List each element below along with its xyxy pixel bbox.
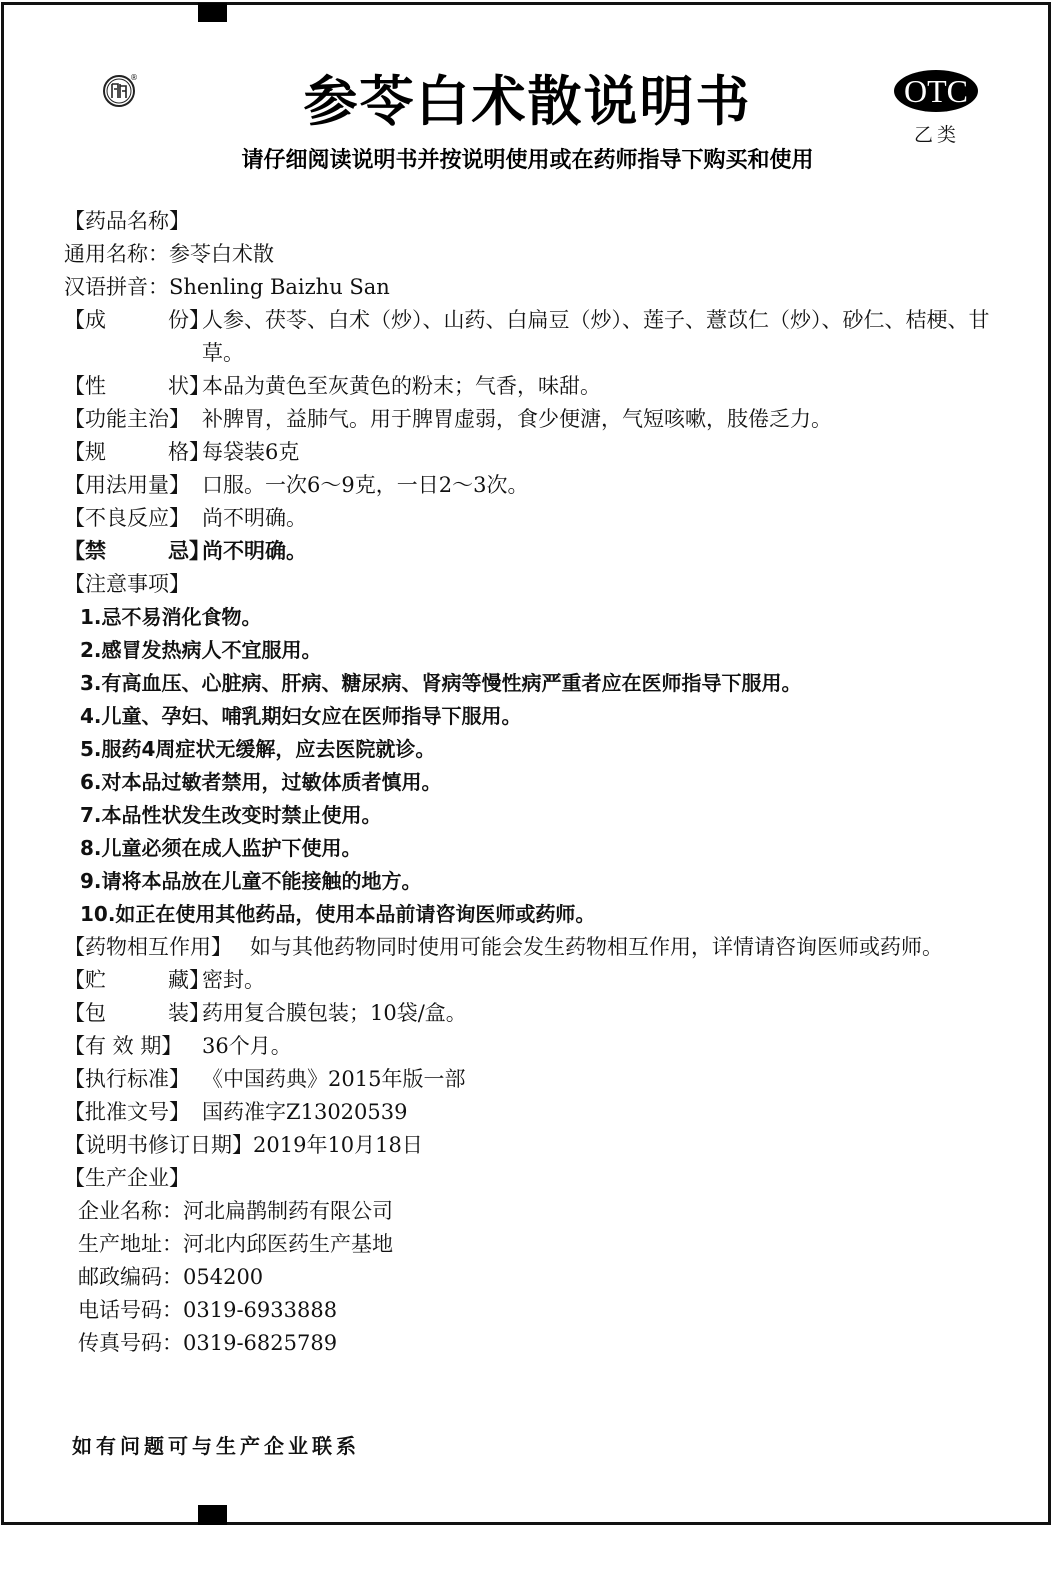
dosage-label: 【用法用量】 [64,469,202,502]
generic-name-label: 通用名称： [64,242,169,266]
storage-row: 【贮藏】 密封。 [64,964,1004,997]
generic-name-row: 通用名称：参苓白术散 [64,238,1004,271]
ingredients-label: 【成份】 [64,304,202,370]
precaution-item: 2.感冒发热病人不宜服用。 [64,634,1004,667]
package-label: 【包装】 [64,997,202,1030]
precaution-item: 9.请将本品放在儿童不能接触的地方。 [64,865,1004,898]
indications-label: 【功能主治】 [64,403,202,436]
manufacturer-row: 企业名称：河北扁鹊制药有限公司 [64,1195,1004,1228]
precaution-item: 7.本品性状发生改变时禁止使用。 [64,799,1004,832]
section-heading-manufacturer: 【生产企业】 [64,1162,1004,1195]
generic-name-value: 参苓白术散 [169,242,274,266]
approval-label: 【批准文号】 [64,1096,202,1129]
contraindications-row: 【禁忌】 尚不明确。 [64,535,1004,568]
precaution-item: 1.忌不易消化食物。 [64,601,1004,634]
svg-text:OTC: OTC [904,73,968,109]
specification-value: 每袋装6克 [202,436,1004,469]
approval-value: 国药准字Z13020539 [202,1096,1004,1129]
revision-date-row: 【说明书修订日期】 2019年10月18日 [64,1129,1004,1162]
otc-class-label: 乙类 [905,120,969,147]
pinyin-row: 汉语拼音：Shenling Baizhu San [64,271,1004,304]
standard-label: 【执行标准】 [64,1063,202,1096]
pinyin-label: 汉语拼音： [64,275,169,299]
manufacturer-row: 传真号码：0319-6825789 [64,1327,1004,1360]
indications-row: 【功能主治】 补脾胃，益肺气。用于脾胃虚弱，食少便溏，气短咳嗽，肢倦乏力。 [64,403,1004,436]
storage-label: 【贮藏】 [64,964,202,997]
manufacturer-row: 电话号码：0319-6933888 [64,1294,1004,1327]
interactions-row: 【药物相互作用】 如与其他药物同时使用可能会发生药物相互作用，详情请咨询医师或药… [64,931,1004,964]
dosage-row: 【用法用量】 口服。一次6～9克，一日2～3次。 [64,469,1004,502]
section-heading-precautions: 【注意事项】 [64,568,1004,601]
contraindications-label: 【禁忌】 [64,535,202,568]
revision-date-label: 【说明书修订日期】 [64,1129,253,1162]
validity-row: 【有 效 期】 36个月。 [64,1030,1004,1063]
precaution-item: 8.儿童必须在成人监护下使用。 [64,832,1004,865]
validity-label: 【有 效 期】 [64,1030,202,1063]
storage-value: 密封。 [202,964,1004,997]
adverse-reactions-row: 【不良反应】 尚不明确。 [64,502,1004,535]
contraindications-value: 尚不明确。 [202,535,1004,568]
appearance-label: 【性状】 [64,370,202,403]
adverse-reactions-label: 【不良反应】 [64,502,202,535]
ingredients-value: 人参、茯苓、白术（炒）、山药、白扁豆（炒）、莲子、薏苡仁（炒）、砂仁、桔梗、甘草… [202,304,1004,370]
standard-value: 《中国药典》2015年版一部 [202,1063,1004,1096]
standard-row: 【执行标准】 《中国药典》2015年版一部 [64,1063,1004,1096]
registration-mark-top [198,3,227,22]
interactions-label: 【药物相互作用】 [64,931,250,964]
registration-mark-bottom [198,1505,227,1525]
adverse-reactions-value: 尚不明确。 [202,502,1004,535]
specification-row: 【规格】 每袋装6克 [64,436,1004,469]
manufacturer-row: 生产地址：河北内邱医药生产基地 [64,1228,1004,1261]
appearance-row: 【性状】 本品为黄色至灰黄色的粉末；气香，味甜。 [64,370,1004,403]
appearance-value: 本品为黄色至灰黄色的粉末；气香，味甜。 [202,370,1004,403]
dosage-value: 口服。一次6～9克，一日2～3次。 [202,469,1004,502]
precaution-item: 5.服药4周症状无缓解，应去医院就诊。 [64,733,1004,766]
precaution-item: 3.有高血压、心脏病、肝病、糖尿病、肾病等慢性病严重者应在医师指导下服用。 [64,667,1004,700]
validity-value: 36个月。 [202,1030,1004,1063]
precaution-item: 6.对本品过敏者禁用，过敏体质者慎用。 [64,766,1004,799]
usage-warning-subtitle: 请仔细阅读说明书并按说明使用或在药师指导下购买和使用 [0,146,1055,176]
pinyin-value: Shenling Baizhu San [169,275,390,299]
ingredients-row: 【成份】 人参、茯苓、白术（炒）、山药、白扁豆（炒）、莲子、薏苡仁（炒）、砂仁、… [64,304,1004,370]
package-row: 【包装】 药用复合膜包装；10袋/盒。 [64,997,1004,1030]
contact-note: 如有问题可与生产企业联系 [72,1430,360,1459]
indications-value: 补脾胃，益肺气。用于脾胃虚弱，食少便溏，气短咳嗽，肢倦乏力。 [202,403,1004,436]
section-heading-drug-name: 【药品名称】 [64,205,1004,238]
specification-label: 【规格】 [64,436,202,469]
approval-row: 【批准文号】 国药准字Z13020539 [64,1096,1004,1129]
interactions-value: 如与其他药物同时使用可能会发生药物相互作用，详情请咨询医师或药师。 [250,931,1004,964]
package-value: 药用复合膜包装；10袋/盒。 [202,997,1004,1030]
manufacturer-row: 邮政编码：054200 [64,1261,1004,1294]
precaution-item: 4.儿童、孕妇、哺乳期妇女应在医师指导下服用。 [64,700,1004,733]
otc-badge: OTC [893,69,979,113]
precaution-item: 10.如正在使用其他药品，使用本品前请咨询医师或药师。 [64,898,1004,931]
leaflet-body: 【药品名称】 通用名称：参苓白术散 汉语拼音：Shenling Baizhu S… [64,205,1004,1360]
revision-date-value: 2019年10月18日 [253,1129,1004,1162]
